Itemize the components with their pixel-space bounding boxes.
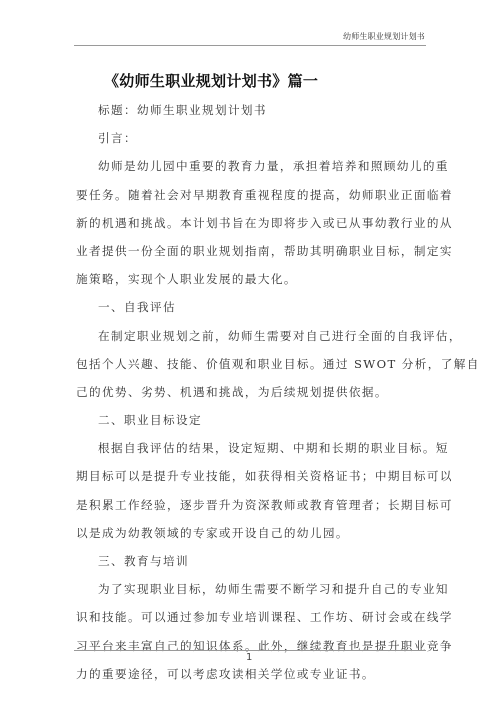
document-title: 《幼师生职业规划计划书》篇一 xyxy=(104,70,318,91)
header-divider xyxy=(74,45,426,46)
text-line: 标题：幼师生职业规划计划书 xyxy=(76,96,432,124)
text-line: 力的重要途径，可以考虑攻读相关学位或专业证书。 xyxy=(76,660,432,688)
text-line: 期目标可以是提升专业技能，如获得相关资格证书；中期目标可以 xyxy=(76,462,432,490)
text-line: 幼师是幼儿园中重要的教育力量，承担着培养和照顾幼儿的重 xyxy=(76,152,432,180)
text-line: 引言： xyxy=(76,124,432,152)
document-body: 标题：幼师生职业规划计划书 引言： 幼师是幼儿园中重要的教育力量，承担着培养和照… xyxy=(76,96,432,688)
page-number: 1 xyxy=(246,652,252,663)
text-line: 己的优势、劣势、机遇和挑战，为后续规划提供依据。 xyxy=(76,378,432,406)
text-line: 施策略，实现个人职业发展的最大化。 xyxy=(76,265,432,293)
text-line: 根据自我评估的结果，设定短期、中期和长期的职业目标。短 xyxy=(76,434,432,462)
text-line: 为了实现职业目标，幼师生需要不断学习和提升自己的专业知 xyxy=(76,575,432,603)
text-line: 习平台来丰富自己的知识体系。此外，继续教育也是提升职业竞争 xyxy=(76,632,432,660)
text-line: 包括个人兴趣、技能、价值观和职业目标。通过 SWOT 分析，了解自 xyxy=(76,350,432,378)
section-heading: 一、自我评估 xyxy=(76,293,432,321)
page-header-text: 幼师生职业规划计划书 xyxy=(343,31,425,42)
text-line: 业者提供一份全面的职业规划指南，帮助其明确职业目标，制定实 xyxy=(76,237,432,265)
text-line: 以是成为幼教领域的专家或开设自己的幼儿园。 xyxy=(76,519,432,547)
footer-divider xyxy=(74,650,426,651)
text-line: 要任务。随着社会对早期教育重视程度的提高，幼师职业正面临着 xyxy=(76,181,432,209)
text-line: 是积累工作经验，逐步晋升为资深教师或教育管理者；长期目标可 xyxy=(76,491,432,519)
text-line: 在制定职业规划之前，幼师生需要对自己进行全面的自我评估， xyxy=(76,322,432,350)
text-line: 新的机遇和挑战。本计划书旨在为即将步入或已从事幼教行业的从 xyxy=(76,209,432,237)
section-heading: 二、职业目标设定 xyxy=(76,406,432,434)
text-line: 识和技能。可以通过参加专业培训课程、工作坊、研讨会或在线学 xyxy=(76,603,432,631)
section-heading: 三、教育与培训 xyxy=(76,547,432,575)
